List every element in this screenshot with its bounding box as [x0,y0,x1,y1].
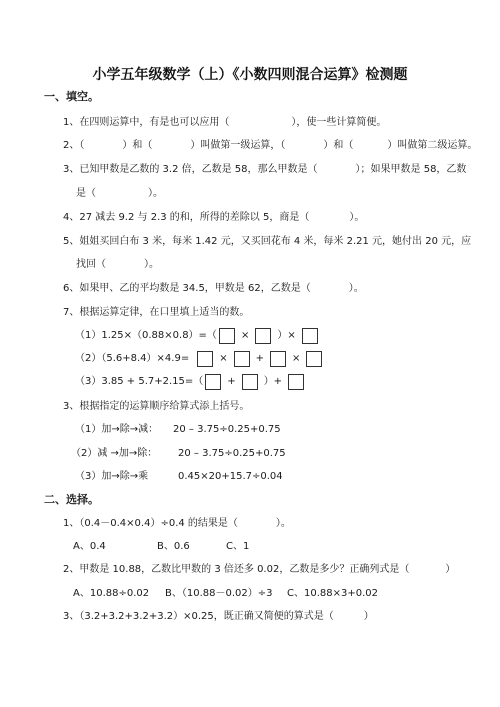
answer-box[interactable] [197,351,213,367]
fill-row-3: （3）3.85 + 5.7+2.15=（+）+ [75,373,306,391]
question-text: 是（ [76,188,96,199]
question-1-2: 2、（）和（）叫做第一级运算，（）和（）叫做第二级运算。 [63,139,477,153]
option-c[interactable]: C、10.88×3+0.02 [287,587,378,601]
fill-row-1: （1）1.25×（0.88×0.8）=（×）× [75,327,320,345]
question-text: ）和（ [122,140,152,151]
operator: + [256,350,264,368]
question-text: 3、（3.2+3.2+3.2+3.2）×0.25，既正确又简便的算式是（ [63,611,334,622]
order-label: （1）加→除→减： [75,424,158,435]
question-text: 2、甲数是 10.88，乙数比甲数的 3 倍还多 0.02，乙数是多少？正确列式… [63,564,409,575]
bracket-expr-2: 20 – 3.75÷0.25+0.75 [178,447,286,461]
operator: ）+ [264,373,282,391]
page-title: 小学五年级数学（上）《小数四则混合运算》检测题 [0,66,500,84]
option-a[interactable]: A、10.88÷0.02 [73,587,149,601]
question-1-1: 1、在四则运算中，有是也可以应用（），使一些计算简便。 [63,116,386,130]
expression-label: （3）3.85 + 5.7+2.15=（ [75,376,203,387]
question-1-3-cont: 是（）。 [76,187,163,201]
operator: × [292,350,300,368]
question-text: 7、根据运算定律，在口里填上适当的数。 [63,307,249,318]
question-text: 6、如果甲、乙的平均数是 34.5，甲数是 62，乙数是（ [63,283,311,294]
question-text: 2、（ [63,140,84,151]
question-text: ） [445,564,455,575]
fill-row-2: （2）（5.6+8.4）×4.9=×+× [75,350,324,368]
question-text: ）；如果甲数是 58，乙数 [356,164,467,175]
question-text: ）叫做第二级运算。 [387,140,477,151]
question-text: ）。 [349,212,364,223]
option-b[interactable]: B、（10.88－0.02）÷3 [165,587,273,601]
choice-question-1: 1、（0.4－0.4×0.4）÷0.4 的结果是（）。 [63,517,291,531]
question-text: ）。 [144,259,159,270]
bracket-row-3: （3）加→除→乘 [75,470,148,484]
bracket-expr-1: 20 – 3.75÷0.25+0.75 [173,423,281,437]
order-label: （2）减 →加→除： [71,448,157,459]
expression-label: （1）1.25×（0.88×0.8）=（ [75,330,217,341]
option-a[interactable]: A、0.4 [73,540,106,554]
section-heading-fill-in: 一、填空。 [44,90,99,104]
question-text: 3、已知甲数是乙数的 3.2 倍，乙数是 58，那么甲数是（ [63,164,318,175]
question-text: 5、姐姐买回白布 3 米，每米 1.42 元，又买回花布 4 米，每米 2.21… [63,236,471,247]
option-c[interactable]: C、1 [226,540,249,554]
order-label: （3）加→除→乘 [75,471,148,482]
question-text: ）。 [349,283,364,294]
expression-label: （2）（5.6+8.4）×4.9= [75,353,189,364]
question-text: ）叫做第一级运算，（ [190,140,285,151]
question-1-7: 7、根据运算定律，在口里填上适当的数。 [63,306,249,320]
bracket-expr-3: 0.45×20+15.7÷0.04 [178,470,283,484]
question-1-3: 3、已知甲数是乙数的 3.2 倍，乙数是 58，那么甲数是（）；如果甲数是 58… [63,163,466,177]
question-1-4: 4、27 减去 9.2 与 2.3 的和，所得的差除以 5，商是（）。 [63,211,364,225]
question-text: ）。 [276,518,291,529]
operator: + [227,373,235,391]
question-text: ） [364,611,374,622]
answer-box[interactable] [234,351,250,367]
operator: × [219,350,227,368]
bracket-row-2: （2）减 →加→除： [71,447,157,461]
question-text: ）。 [148,188,163,199]
question-text: ），使一些计算简便。 [291,117,386,128]
question-1-6: 6、如果甲、乙的平均数是 34.5，甲数是 62，乙数是（）。 [63,282,364,296]
answer-box[interactable] [205,374,221,390]
answer-box[interactable] [270,351,286,367]
bracket-task-heading: 3、根据指定的运算顺序给算式添上括号。 [63,400,249,414]
answer-box[interactable] [255,328,271,344]
question-1-5-cont: 找回（）。 [76,258,159,272]
choice-question-3: 3、（3.2+3.2+3.2+3.2）×0.25，既正确又简便的算式是（） [63,610,374,624]
question-text: 4、27 减去 9.2 与 2.3 的和，所得的差除以 5，商是（ [63,212,309,223]
question-1-5: 5、姐姐买回白布 3 米，每米 1.42 元，又买回花布 4 米，每米 2.21… [63,235,471,249]
section-heading-choice: 二、选择。 [44,493,99,507]
answer-box[interactable] [306,351,322,367]
question-text: 1、（0.4－0.4×0.4）÷0.4 的结果是（ [63,518,238,529]
answer-box[interactable] [219,328,235,344]
answer-box[interactable] [288,374,304,390]
operator: × [241,327,249,345]
option-b[interactable]: B、0.6 [157,540,190,554]
choice-question-2: 2、甲数是 10.88，乙数比甲数的 3 倍还多 0.02，乙数是多少？正确列式… [63,563,455,577]
question-text: 1、在四则运算中，有是也可以应用（ [63,117,229,128]
operator: ）× [277,327,295,345]
bracket-row-1: （1）加→除→减： [75,423,158,437]
answer-box[interactable] [242,374,258,390]
question-text: ）和（ [323,140,353,151]
answer-box[interactable] [302,328,318,344]
question-text: 找回（ [76,259,106,270]
